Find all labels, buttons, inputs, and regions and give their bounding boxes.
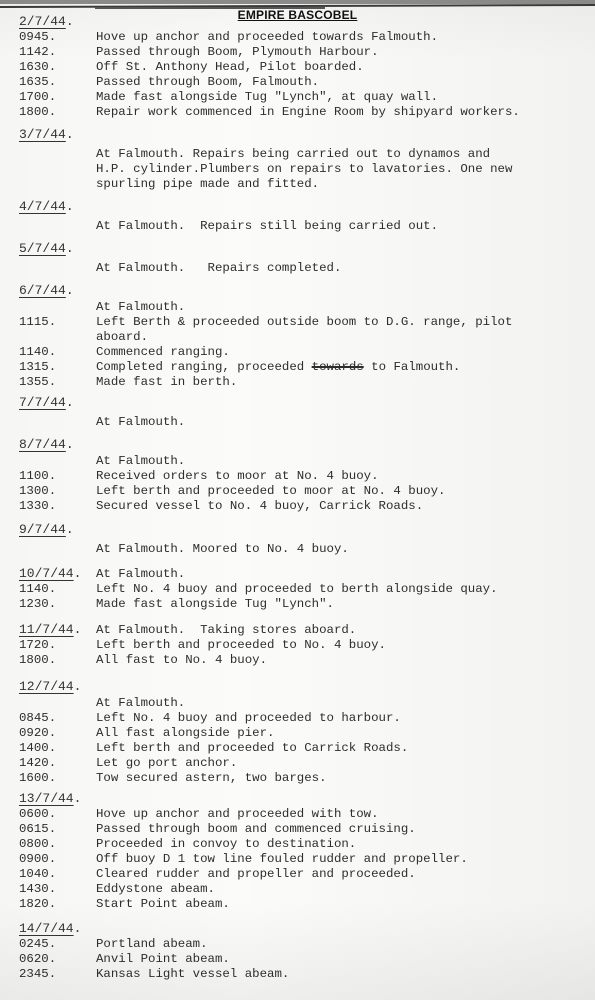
log-date: 11/7/44.	[19, 623, 81, 637]
entry-text: Let go port anchor.	[96, 756, 237, 771]
date-text: 5/7/44	[19, 241, 66, 256]
entry-text: H.P. cylinder.Plumbers on repairs to lav…	[96, 162, 512, 177]
entry-time: 1140.	[19, 345, 56, 360]
entry-time: 1115.	[19, 315, 56, 330]
log-date: 3/7/44.	[19, 128, 74, 142]
entry-text: Repair work commenced in Engine Room by …	[96, 105, 520, 120]
entry-text: Left berth and proceeded to No. 4 buoy.	[96, 638, 386, 653]
log-date: 9/7/44.	[19, 523, 74, 537]
document-page: EMPIRE BASCOBEL 2/7/44.0945.Hove up anch…	[0, 0, 595, 1000]
entry-text: Received orders to moor at No. 4 buoy.	[96, 469, 379, 484]
entry-text: Portland abeam.	[96, 937, 208, 952]
entry-time: 0800.	[19, 837, 56, 852]
entry-text: Left No. 4 buoy and proceeded to berth a…	[96, 582, 498, 597]
date-text: 6/7/44	[19, 283, 66, 298]
entry-text: Left No. 4 buoy and proceeded to harbour…	[96, 711, 401, 726]
struck-word: towards	[312, 360, 364, 374]
entry-time: 1355.	[19, 375, 56, 390]
entry-text: Completed ranging, proceeded towards to …	[96, 360, 460, 375]
date-text: 3/7/44	[19, 127, 66, 142]
entry-text: Made fast alongside Tug "Lynch".	[96, 597, 334, 612]
entry-text: Cleared rudder and propeller and proceed…	[96, 867, 416, 882]
entry-text: All fast to No. 4 buoy.	[96, 653, 267, 668]
entry-text: At Falmouth.	[96, 415, 185, 430]
entry-text: Made fast alongside Tug "Lynch", at quay…	[96, 90, 438, 105]
entry-time: 1330.	[19, 499, 56, 514]
note-text: At Falmouth. Taking stores aboard.	[96, 623, 356, 638]
log-date: 5/7/44.	[19, 242, 74, 256]
entry-text: Anvil Point abeam.	[96, 952, 230, 967]
entry-time: 0920.	[19, 726, 56, 741]
entry-text: At Falmouth. Moored to No. 4 buoy.	[96, 542, 349, 557]
entry-time: 0600.	[19, 807, 56, 822]
note-text: At Falmouth.	[96, 567, 185, 582]
date-text: 12/7/44	[19, 679, 74, 694]
entry-text: Passed through boom and commenced cruisi…	[96, 822, 416, 837]
log-date: 7/7/44.	[19, 396, 74, 410]
entry-text: Start Point abeam.	[96, 897, 230, 912]
date-text: 2/7/44	[19, 14, 66, 29]
entry-text: Left berth and proceeded to Carrick Road…	[96, 741, 408, 756]
date-text: 7/7/44	[19, 395, 66, 410]
entry-time: 1300.	[19, 484, 56, 499]
entry-text: Commenced ranging.	[96, 345, 230, 360]
entry-time: 1142.	[19, 45, 56, 60]
entry-time: 1800.	[19, 105, 56, 120]
entry-text: At Falmouth. Repairs being carried out t…	[96, 147, 490, 162]
date-text: 11/7/44	[19, 622, 74, 637]
entry-text: Left berth and proceeded to moor at No. …	[96, 484, 445, 499]
entry-time: 1720.	[19, 638, 56, 653]
entry-text: aboard.	[96, 330, 148, 345]
entry-time: 2345.	[19, 967, 56, 982]
log-date: 2/7/44.	[19, 15, 74, 29]
entry-time: 1820.	[19, 897, 56, 912]
entry-text: spurling pipe made and fitted.	[96, 177, 319, 192]
document-title: EMPIRE BASCOBEL	[0, 8, 595, 22]
entry-time: 0245.	[19, 937, 56, 952]
entry-time: 1100.	[19, 469, 56, 484]
entry-time: 1040.	[19, 867, 56, 882]
entry-time: 1315.	[19, 360, 56, 375]
entry-text: Passed through Boom, Plymouth Harbour.	[96, 45, 379, 60]
entry-time: 0945.	[19, 30, 56, 45]
date-text: 8/7/44	[19, 437, 66, 452]
entry-text: Off St. Anthony Head, Pilot boarded.	[96, 60, 364, 75]
entry-time: 1635.	[19, 75, 56, 90]
entry-text: At Falmouth.	[96, 300, 185, 315]
entry-time: 1630.	[19, 60, 56, 75]
date-text: 9/7/44	[19, 522, 66, 537]
entry-text: Hove up anchor and proceeded towards Fal…	[96, 30, 438, 45]
log-date: 14/7/44.	[19, 922, 81, 936]
entry-time: 1430.	[19, 882, 56, 897]
entry-text: Hove up anchor and proceeded with tow.	[96, 807, 379, 822]
entry-time: 0845.	[19, 711, 56, 726]
entry-time: 1140.	[19, 582, 56, 597]
log-date: 12/7/44.	[19, 680, 81, 694]
entry-text: Tow secured astern, two barges.	[96, 771, 327, 786]
entry-text: Passed through Boom, Falmouth.	[96, 75, 319, 90]
entry-time: 1600.	[19, 771, 56, 786]
log-date: 10/7/44.	[19, 567, 81, 581]
entry-time: 1700.	[19, 90, 56, 105]
entry-time: 0900.	[19, 852, 56, 867]
entry-text: Off buoy D 1 tow line fouled rudder and …	[96, 852, 468, 867]
entry-time: 1800.	[19, 653, 56, 668]
entry-time: 0620.	[19, 952, 56, 967]
log-date: 4/7/44.	[19, 200, 74, 214]
entry-text: Made fast in berth.	[96, 375, 237, 390]
entry-time: 0615.	[19, 822, 56, 837]
entry-time: 1400.	[19, 741, 56, 756]
date-text: 4/7/44	[19, 199, 66, 214]
entry-text: Kansas Light vessel abeam.	[96, 967, 289, 982]
entry-time: 1420.	[19, 756, 56, 771]
date-text: 13/7/44	[19, 791, 74, 806]
log-date: 6/7/44.	[19, 284, 74, 298]
entry-text: Eddystone abeam.	[96, 882, 215, 897]
log-date: 8/7/44.	[19, 438, 74, 452]
entry-text: Proceeded in convoy to destination.	[96, 837, 356, 852]
entry-text: Left Berth & proceeded outside boom to D…	[96, 315, 512, 330]
entry-text: Secured vessel to No. 4 buoy, Carrick Ro…	[96, 499, 423, 514]
date-text: 14/7/44	[19, 921, 74, 936]
log-date: 13/7/44.	[19, 792, 81, 806]
entry-time: 1230.	[19, 597, 56, 612]
entry-text: All fast alongside pier.	[96, 726, 274, 741]
date-text: 10/7/44	[19, 566, 74, 581]
entry-text: At Falmouth.	[96, 454, 185, 469]
entry-text: At Falmouth.	[96, 696, 185, 711]
entry-text: At Falmouth. Repairs still being carried…	[96, 219, 438, 234]
entry-text: At Falmouth. Repairs completed.	[96, 261, 341, 276]
